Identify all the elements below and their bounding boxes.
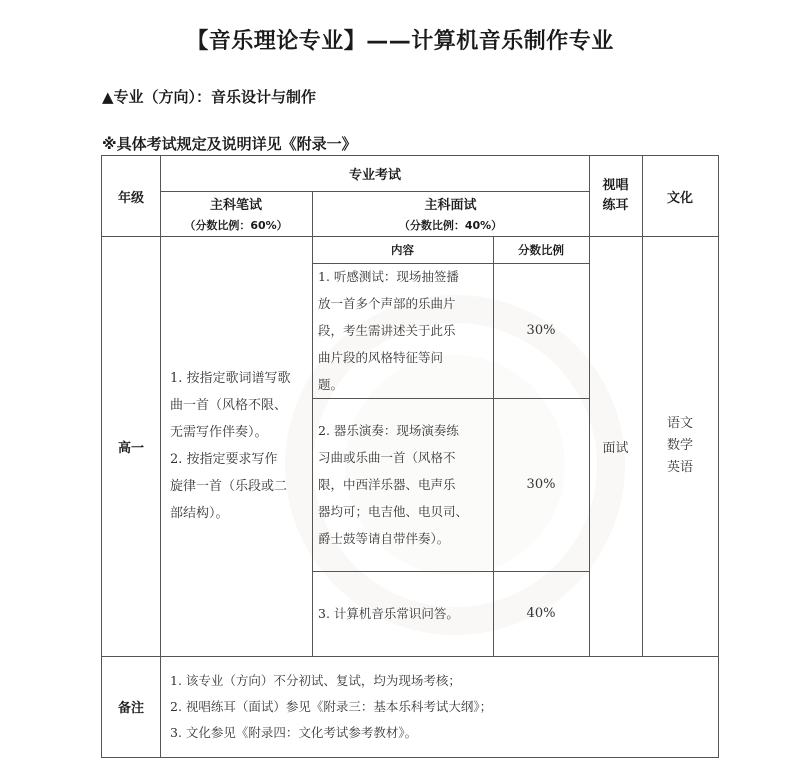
culture-subject: 数学 (667, 435, 693, 457)
table-border-right (718, 155, 719, 758)
item-line: 限，中西洋乐器、电声乐 (318, 471, 468, 498)
culture-subject: 语文 (667, 413, 693, 435)
header-professional-exam: 专业考试 (160, 155, 590, 191)
remark-item: 3. 文化参见《附录四：文化考试参考教材》。 (170, 720, 492, 746)
culture-subject: 英语 (667, 457, 693, 479)
written-line: 1. 按指定歌词谱写歌 (170, 365, 291, 392)
written-line: 旋律一首（乐段或二 (170, 473, 291, 500)
interview-item-2-ratio: 30% (493, 398, 589, 571)
item-line: 器均可；电吉他、电贝司、 (318, 498, 468, 525)
written-line: 部结构）。 (170, 500, 291, 527)
interview-item-1-ratio: 30% (493, 263, 589, 398)
header-sight-singing-line-1: 视唱 (602, 176, 628, 196)
item-line: 放一首多个声部的乐曲片 (318, 290, 459, 317)
item-line: 1. 听感测试：现场抽签播 (318, 263, 459, 290)
interview-item-3-ratio: 40% (493, 571, 589, 656)
header-interview-exam: 主科面试 （分数比例：40%） (312, 191, 589, 236)
table-border-bottom (101, 757, 719, 758)
written-line: 无需写作伴奏）。 (170, 419, 291, 446)
header-written-exam: 主科笔试 （分数比例：60%） (160, 191, 312, 236)
interview-item-1-content: 1. 听感测试：现场抽签播 放一首多个声部的乐曲片 段，考生需讲述关于此乐 曲片… (312, 263, 493, 398)
header-culture: 文化 (642, 155, 718, 237)
item-line: 3. 计算机音乐常识问答。 (318, 600, 459, 627)
page-title: 【音乐理论专业】——计算机音乐制作专业 (0, 24, 800, 55)
written-line: 曲一首（风格不限、 (170, 392, 291, 419)
item-line: 2. 器乐演奏：现场演奏练 (318, 417, 468, 444)
item-line: 习曲或乐曲一首（风格不 (318, 444, 468, 471)
header-written-ratio: （分数比例：60%） (184, 217, 287, 233)
header-grade: 年级 (101, 155, 161, 237)
remarks-label: 备注 (101, 656, 161, 757)
header-sight-singing-line-2: 练耳 (602, 196, 628, 216)
major-direction: ▲专业（方向）：音乐设计与制作 (102, 86, 316, 107)
header-written-label: 主科笔试 (210, 194, 262, 213)
item-line: 曲片段的风格特征等问 (318, 344, 459, 371)
header-content: 内容 (312, 236, 493, 263)
remarks-content: 1. 该专业（方向）不分初试、复试，均为现场考核； 2. 视唱练耳（面试）参见《… (160, 656, 718, 757)
sight-singing-cell: 面试 (589, 236, 642, 656)
header-interview-label: 主科面试 (424, 194, 476, 213)
interview-item-3-content: 3. 计算机音乐常识问答。 (312, 571, 493, 656)
grade-cell: 高一 (101, 236, 161, 656)
written-line: 2. 按指定要求写作 (170, 446, 291, 473)
interview-item-2-content: 2. 器乐演奏：现场演奏练 习曲或乐曲一首（风格不 限，中西洋乐器、电声乐 器均… (312, 398, 493, 571)
item-line: 段，考生需讲述关于此乐 (318, 317, 459, 344)
header-score-ratio: 分数比例 (493, 236, 589, 263)
reference-note: ※具体考试规定及说明详见《附录一》 (102, 133, 357, 154)
remark-item: 2. 视唱练耳（面试）参见《附录三：基本乐科考试大纲》； (170, 694, 492, 720)
culture-cell: 语文 数学 英语 (642, 236, 718, 656)
header-sight-singing: 视唱 练耳 (589, 155, 642, 237)
remark-item: 1. 该专业（方向）不分初试、复试，均为现场考核； (170, 668, 492, 694)
written-content-cell: 1. 按指定歌词谱写歌 曲一首（风格不限、 无需写作伴奏）。 2. 按指定要求写… (160, 236, 312, 656)
item-line: 爵士鼓等请自带伴奏）。 (318, 525, 468, 552)
item-line: 题。 (318, 371, 459, 398)
header-interview-ratio: （分数比例：40%） (399, 217, 502, 233)
